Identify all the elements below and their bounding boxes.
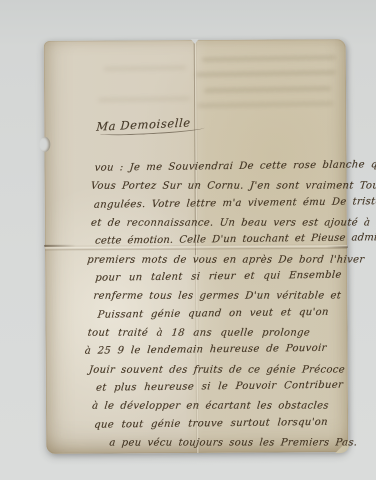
letter-line: angulées. Votre lettre m'a vivement ému … [93, 193, 350, 214]
letter-salutation: Ma Demoiselle [96, 115, 191, 133]
verso-showthrough-line [202, 55, 336, 61]
left-edge-tear [44, 245, 76, 247]
letter-line: que tout génie trouve surtout lorsqu'on [93, 413, 351, 434]
photo-background: Ma Demoiselle vou : Je me Souviendrai De… [0, 0, 376, 480]
left-edge-notch [39, 137, 50, 152]
letter-line: cette émotion. Celle D'un touchant et Pi… [94, 230, 350, 251]
verso-showthrough-line [204, 87, 331, 93]
verso-showthrough-line [195, 70, 336, 76]
letter-body: vou : Je me Souviendrai De cette rose bl… [92, 158, 350, 453]
letter-line: pour un talent si rieur et qui Ensemble [94, 267, 350, 288]
letter-line: et plus heureuse si le Pouvoir Contribue… [95, 377, 351, 398]
letter-paper: Ma Demoiselle vou : Je me Souviendrai De… [44, 39, 349, 454]
letter-line: à 25 9 le lendemain heureuse de Pouvoir [84, 340, 351, 362]
letter-line: a peu vécu toujours sous les Premiers Pa… [108, 434, 351, 453]
letter-line: vou : Je me Souviendrai De cette rose bl… [94, 157, 350, 178]
fold-top-nick [191, 39, 199, 44]
verso-showthrough-line [104, 66, 186, 71]
verso-showthrough-line [98, 97, 190, 103]
letter-line: Puissant génie quand on veut et qu'on [97, 303, 351, 324]
verso-showthrough-line [197, 101, 333, 107]
